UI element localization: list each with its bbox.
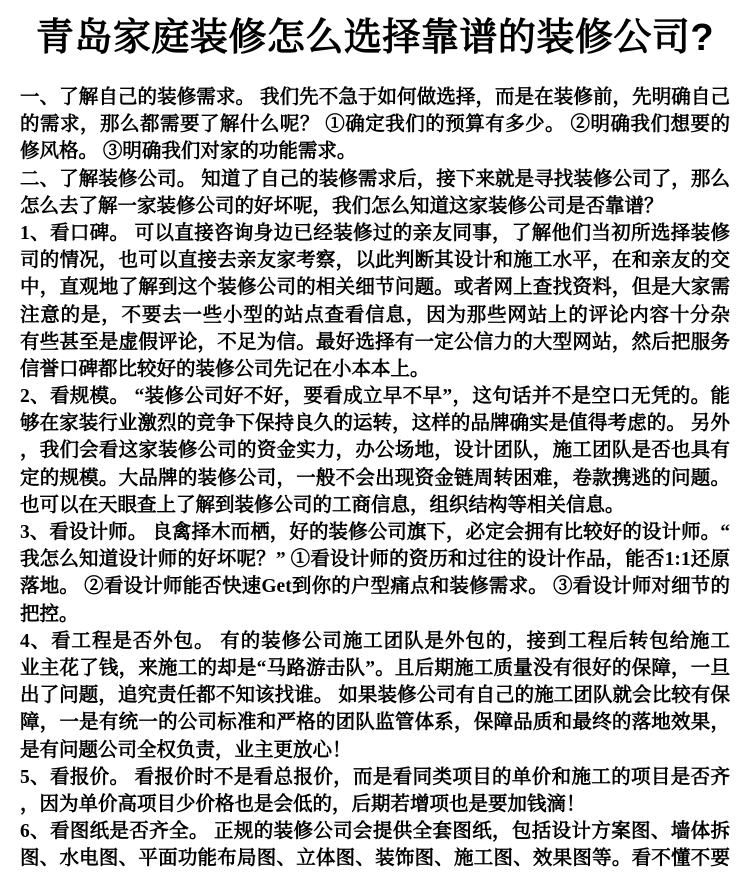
text-line: 业主花了钱，来施工的却是“马路游击队”。且后期施工质量没有很好的保障，一旦 <box>20 655 730 682</box>
paragraph: 3、看设计师。 良禽择木而栖，好的装修公司旗下，必定会拥有比较好的设计师。“我怎… <box>20 519 730 628</box>
paragraph: 4、看工程是否外包。 有的装修公司施工团队是外包的，接到工程后转包给施工队，业主… <box>20 628 730 764</box>
text-line: 注意的是，不要去一些小型的站点查看信息，因为那些网站上的评论内容十分杂乱， <box>20 302 730 329</box>
text-line: 是有问题公司全权负责，业主更放心！ <box>20 737 730 764</box>
text-line: ，我们会看这家装修公司的资金实力，办公场地，设计团队，施工团队是否也具有一 <box>20 437 730 464</box>
text-line: 信誉口碑都比较好的装修公司先记在小本本上。 <box>20 356 730 383</box>
article-title: 青岛家庭装修怎么选择靠谱的装修公司? <box>0 0 750 62</box>
text-line: 有些甚至是虚假评论，不足为信。最好选择有一定公信力的大型网站，然后把服务和 <box>20 329 730 356</box>
document-page: 青岛家庭装修怎么选择靠谱的装修公司? 一、了解自己的装修需求。 我们先不急于如何… <box>0 0 750 893</box>
text-line: 6、看图纸是否齐全。 正规的装修公司会提供全套图纸，包括设计方案图、墙体拆改 <box>20 818 730 845</box>
text-line: 修风格。 ③明确我们对家的功能需求。 <box>20 138 730 165</box>
text-line: 我怎么知道设计师的好坏呢？” ①看设计师的资历和过往的设计作品，能否1:1还原 <box>20 546 730 573</box>
text-line: 也可以在天眼查上了解到装修公司的工商信息，组织结构等相关信息。 <box>20 492 730 519</box>
text-line: 一、了解自己的装修需求。 我们先不急于如何做选择，而是在装修前，先明确自己 <box>20 84 730 111</box>
paragraph: 一、了解自己的装修需求。 我们先不急于如何做选择，而是在装修前，先明确自己的需求… <box>20 84 730 166</box>
text-line: 怎么去了解一家装修公司的好坏呢，我们怎么知道这家装修公司是否靠谱？ <box>20 193 730 220</box>
text-line: 落地。 ②看设计师能否快速Get到你的户型痛点和装修需求。 ③看设计师对细节的 <box>20 573 730 600</box>
text-line: 3、看设计师。 良禽择木而栖，好的装修公司旗下，必定会拥有比较好的设计师。“ <box>20 519 730 546</box>
text-line: 中，直观地了解到这个装修公司的相关细节问题。或者网上查找资料，但是大家需要 <box>20 274 730 301</box>
paragraph: 二、了解装修公司。 知道了自己的装修需求后，接下来就是寻找装修公司了，那么怎么去… <box>20 166 730 220</box>
text-line: 够在家装行业激烈的竞争下保持良久的运转，这样的品牌确实是值得考虑的。 另外 <box>20 410 730 437</box>
text-line: 司的情况，也可以直接去亲友家考察，以此判断其设计和施工水平，在和亲友的交流 <box>20 247 730 274</box>
text-line: 2、看规模。 “装修公司好不好，要看成立早不早”，这句话并不是空口无凭的。能 <box>20 383 730 410</box>
text-line: 障，一是有统一的公司标准和严格的团队监管体系，保障品质和最终的落地效果，二 <box>20 709 730 736</box>
text-line: 图、水电图、平面功能布局图、立体图、装饰图、施工图、效果图等。看不懂不要紧 <box>20 845 730 872</box>
text-line: 5、看报价。 看报价时不是看总报价，而是看同类项目的单价和施工的项目是否齐全 <box>20 764 730 791</box>
paragraph: 6、看图纸是否齐全。 正规的装修公司会提供全套图纸，包括设计方案图、墙体拆改图、… <box>20 818 730 872</box>
text-line: 4、看工程是否外包。 有的装修公司施工团队是外包的，接到工程后转包给施工队， <box>20 628 730 655</box>
article-body: 一、了解自己的装修需求。 我们先不急于如何做选择，而是在装修前，先明确自己的需求… <box>0 84 750 872</box>
text-line: 的需求，那么都需要了解什么呢？ ①确定我们的预算有多少。 ②明确我们想要的装 <box>20 111 730 138</box>
text-line: 二、了解装修公司。 知道了自己的装修需求后，接下来就是寻找装修公司了，那么 <box>20 166 730 193</box>
text-line: 把控。 <box>20 601 730 628</box>
paragraph: 1、看口碑。 可以直接咨询身边已经装修过的亲友同事，了解他们当初所选择装修公司的… <box>20 220 730 383</box>
text-line: ，因为单价高项目少价格也是会低的，后期若增项也是要加钱滴！ <box>20 791 730 818</box>
text-line: 定的规模。大品牌的装修公司，一般不会出现资金链周转困难，卷款携逃的问题。 <box>20 465 730 492</box>
paragraph: 2、看规模。 “装修公司好不好，要看成立早不早”，这句话并不是空口无凭的。能够在… <box>20 383 730 519</box>
text-line: 1、看口碑。 可以直接咨询身边已经装修过的亲友同事，了解他们当初所选择装修公 <box>20 220 730 247</box>
paragraph: 5、看报价。 看报价时不是看总报价，而是看同类项目的单价和施工的项目是否齐全，因… <box>20 764 730 818</box>
text-line: 出了问题，追究责任都不知该找谁。 如果装修公司有自己的施工团队就会比较有保 <box>20 682 730 709</box>
